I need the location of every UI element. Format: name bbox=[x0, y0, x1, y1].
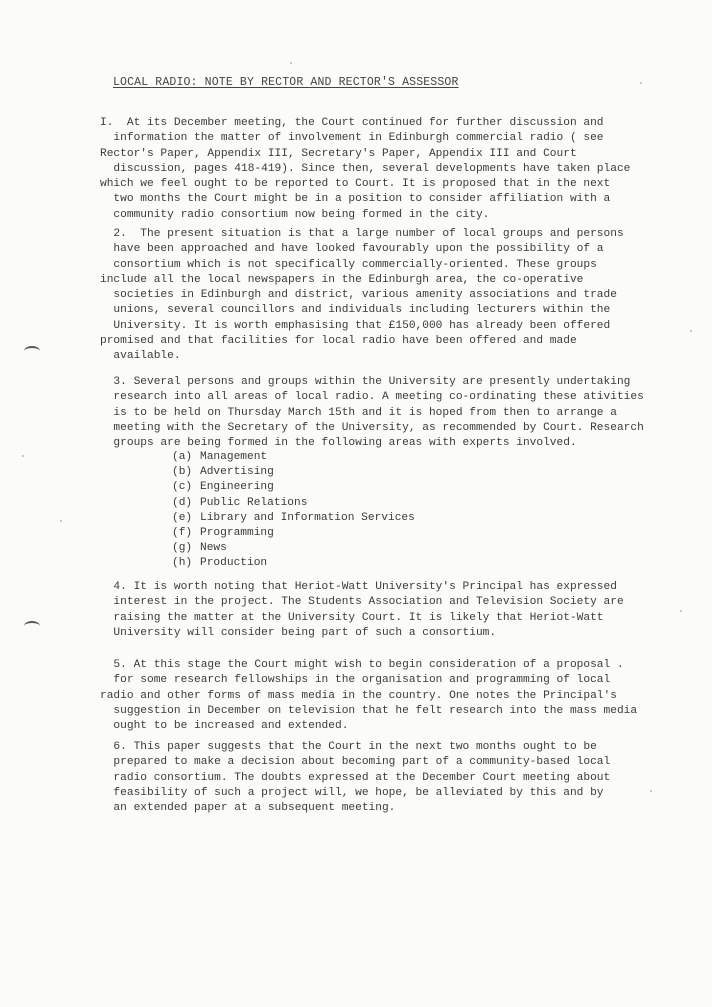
list-item: (e)Library and Information Services bbox=[172, 511, 415, 526]
list-item: (c)Engineering bbox=[172, 480, 415, 495]
paragraph-line: consortium which is not specifically com… bbox=[100, 258, 660, 273]
list-item-label: (b) bbox=[172, 465, 200, 480]
paragraph-2: 2. The present situation is that a large… bbox=[100, 227, 660, 365]
paragraph-3: 3. Several persons and groups within the… bbox=[100, 375, 660, 451]
paragraph-line: 2. The present situation is that a large… bbox=[100, 227, 660, 242]
list-item-label: (f) bbox=[172, 526, 200, 541]
scan-speck bbox=[60, 520, 62, 522]
paragraph-line: research into all areas of local radio. … bbox=[100, 390, 660, 405]
paragraph-1: I. At its December meeting, the Court co… bbox=[100, 116, 660, 223]
paragraph-6: 6. This paper suggests that the Court in… bbox=[100, 740, 660, 816]
document-title: LOCAL RADIO: NOTE BY RECTOR AND RECTOR'S… bbox=[113, 76, 459, 89]
paragraph-line: have been approached and have looked fav… bbox=[100, 242, 660, 257]
paragraph-line: University. It is worth emphasising that… bbox=[100, 319, 660, 334]
list-item-text: Advertising bbox=[200, 466, 274, 478]
paragraph-line: interest in the project. The Students As… bbox=[100, 595, 660, 610]
list-item: (b)Advertising bbox=[172, 465, 415, 480]
list-item-text: Public Relations bbox=[200, 497, 307, 509]
paragraph-line: societies in Edinburgh and district, var… bbox=[100, 288, 660, 303]
paragraph-line: meeting with the Secretary of the Univer… bbox=[100, 421, 660, 436]
paragraph-line: radio and other forms of mass media in t… bbox=[100, 689, 660, 704]
list-item-label: (g) bbox=[172, 541, 200, 556]
list-item-label: (h) bbox=[172, 556, 200, 571]
list-item: (a)Management bbox=[172, 450, 415, 465]
paragraph-line: 5. At this stage the Court might wish to… bbox=[100, 658, 660, 673]
list-item-text: News bbox=[200, 542, 227, 554]
punch-hole-mark bbox=[24, 621, 40, 631]
paragraph-5: 5. At this stage the Court might wish to… bbox=[100, 658, 660, 734]
research-areas-list: (a)Management (b)Advertising (c)Engineer… bbox=[172, 450, 415, 572]
scan-speck bbox=[22, 455, 24, 457]
paragraph-line: raising the matter at the University Cou… bbox=[100, 611, 660, 626]
paragraph-line: community radio consortium now being for… bbox=[100, 208, 660, 223]
list-item: (g)News bbox=[172, 541, 415, 556]
scan-speck bbox=[690, 330, 692, 332]
list-item-text: Library and Information Services bbox=[200, 512, 415, 524]
list-item-text: Management bbox=[200, 451, 267, 463]
scan-speck bbox=[290, 62, 292, 64]
list-item-text: Engineering bbox=[200, 481, 274, 493]
paragraph-line: two months the Court might be in a posit… bbox=[100, 192, 660, 207]
paragraph-4: 4. It is worth noting that Heriot-Watt U… bbox=[100, 580, 660, 641]
scan-speck bbox=[680, 610, 682, 612]
paragraph-line: ought to be increased and extended. bbox=[100, 719, 660, 734]
paragraph-line: for some research fellowships in the org… bbox=[100, 673, 660, 688]
paragraph-line: promised and that facilities for local r… bbox=[100, 334, 660, 349]
list-item-label: (c) bbox=[172, 480, 200, 495]
list-item-label: (d) bbox=[172, 496, 200, 511]
paragraph-line: 3. Several persons and groups within the… bbox=[100, 375, 660, 390]
punch-hole-mark bbox=[24, 346, 40, 356]
paragraph-line: I. At its December meeting, the Court co… bbox=[100, 116, 660, 131]
list-item-label: (e) bbox=[172, 511, 200, 526]
list-item-text: Production bbox=[200, 557, 267, 569]
document-page: LOCAL RADIO: NOTE BY RECTOR AND RECTOR'S… bbox=[0, 0, 712, 1007]
paragraph-line: suggestion in December on television tha… bbox=[100, 704, 660, 719]
list-item: (f)Programming bbox=[172, 526, 415, 541]
paragraph-line: prepared to make a decision about becomi… bbox=[100, 755, 660, 770]
scan-speck bbox=[640, 82, 642, 84]
paragraph-line: include all the local newspapers in the … bbox=[100, 273, 660, 288]
list-item: (h)Production bbox=[172, 556, 415, 571]
paragraph-line: which we feel ought to be reported to Co… bbox=[100, 177, 660, 192]
list-item: (d)Public Relations bbox=[172, 496, 415, 511]
paragraph-line: 4. It is worth noting that Heriot-Watt U… bbox=[100, 580, 660, 595]
list-item-text: Programming bbox=[200, 527, 274, 539]
paragraph-line: an extended paper at a subsequent meetin… bbox=[100, 801, 660, 816]
paragraph-line: feasibility of such a project will, we h… bbox=[100, 786, 660, 801]
paragraph-line: unions, several councillors and individu… bbox=[100, 303, 660, 318]
paragraph-line: is to be held on Thursday March 15th and… bbox=[100, 406, 660, 421]
paragraph-line: Rector's Paper, Appendix III, Secretary'… bbox=[100, 147, 660, 162]
paragraph-line: information the matter of involvement in… bbox=[100, 131, 660, 146]
paragraph-line: available. bbox=[100, 349, 660, 364]
paragraph-line: radio consortium. The doubts expressed a… bbox=[100, 771, 660, 786]
paragraph-line: discussion, pages 418-419). Since then, … bbox=[100, 162, 660, 177]
list-item-label: (a) bbox=[172, 450, 200, 465]
paragraph-line: 6. This paper suggests that the Court in… bbox=[100, 740, 660, 755]
paragraph-line: University will consider being part of s… bbox=[100, 626, 660, 641]
